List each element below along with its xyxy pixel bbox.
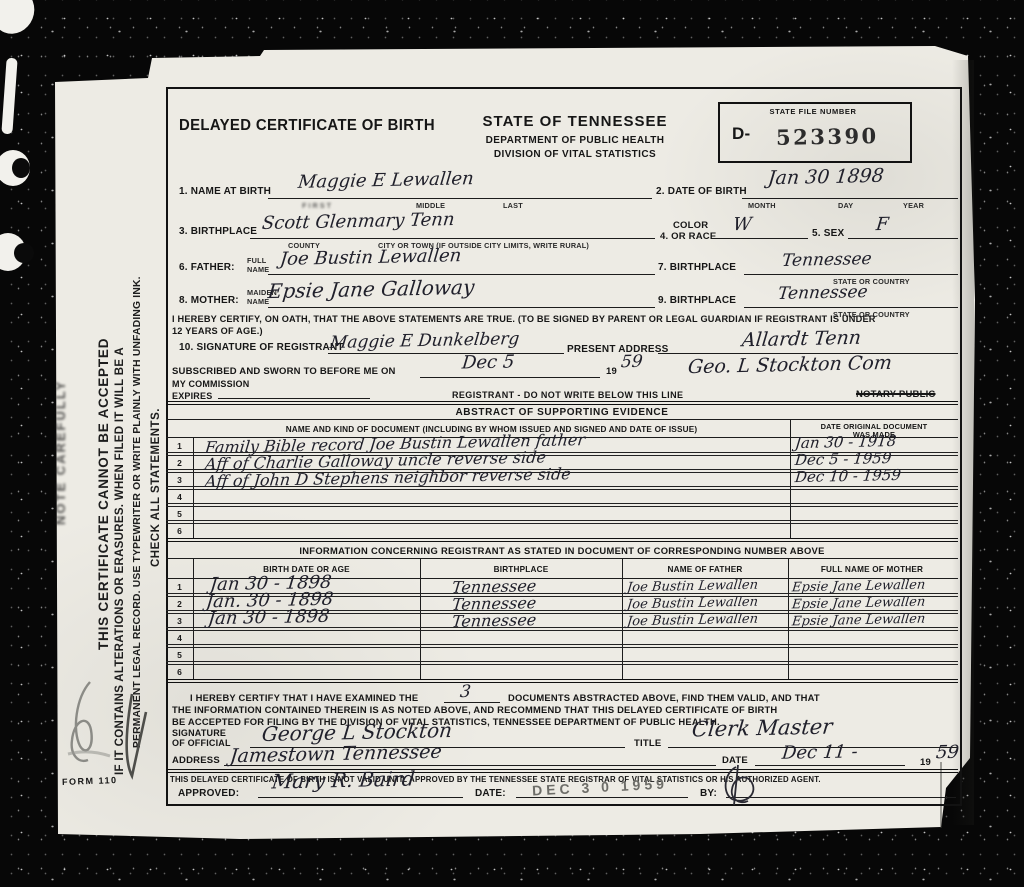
underline (712, 238, 808, 239)
table-line (166, 558, 958, 559)
father-sub-name: NAME (247, 265, 269, 274)
sworn-date-value: Dec 5 (461, 351, 515, 373)
scan-artifact (0, 0, 41, 40)
registrant-row-num: 4 (166, 633, 193, 643)
scan-artifact (14, 243, 34, 263)
underline (420, 377, 600, 378)
sub-label-year: YEAR (903, 201, 924, 210)
sworn-year-value: 59 (620, 352, 644, 373)
commission-label-2: EXPIRES (172, 391, 212, 401)
color-or-race-label: 4. OR RACE (660, 231, 716, 242)
file-number-value: 523390 (776, 123, 879, 150)
division-title: DIVISION OF VITAL STATISTICS (462, 149, 688, 160)
official-date-value: Dec 11 - (781, 741, 859, 764)
department-title: DEPARTMENT OF PUBLIC HEALTH (462, 135, 688, 146)
margin-stamp-note-carefully: NOTE CAREFULLY (53, 380, 68, 525)
official-signature-label-2: OF OFFICIAL (172, 738, 231, 748)
underline (258, 797, 463, 798)
registrant-father-value: Joe Bustin Lewallen (626, 578, 758, 596)
scanned-birth-certificate: NOTE CAREFULLY THIS CERTIFICATE CANNOT B… (0, 0, 1024, 887)
official-address-label: ADDRESS (172, 755, 220, 766)
registrant-row-num: 1 (166, 582, 193, 592)
father-sub-full: FULL (247, 256, 266, 265)
mother-birthplace-value: Tennessee (777, 282, 869, 304)
color-label-top: COLOR (673, 220, 708, 231)
official-signature-label-1: SIGNATURE (172, 728, 226, 738)
sworn-label: SUBSCRIBED AND SWORN TO BEFORE ME ON (172, 366, 396, 377)
col-birthplace-header: BIRTHPLACE (420, 565, 622, 574)
official-year-prefix: 19 (920, 757, 931, 768)
name-at-birth-value: Maggie E Lewallen (297, 168, 475, 193)
mother-name-value: Epsie Jane Galloway (267, 275, 476, 303)
sworn-year-prefix: 19 (606, 366, 617, 377)
certify-count-value: 3 (459, 682, 472, 702)
mother-label: 8. MOTHER: (179, 295, 239, 306)
notary-public-label: NOTARY PUBLIC (856, 389, 935, 400)
file-number-prefix: D- (732, 124, 750, 144)
col-mother-header: FULL NAME OF MOTHER (788, 565, 956, 574)
registrant-birth-value: Jan 30 - 1898 (207, 606, 331, 630)
evidence-section-title: ABSTRACT OF SUPPORTING EVIDENCE (166, 407, 958, 418)
pencil-scribble (58, 668, 168, 798)
sub-label-first: FIRST (302, 201, 333, 210)
registrant-father-value: Joe Bustin Lewallen (626, 595, 758, 613)
father-birthplace-value: Tennessee (781, 249, 873, 271)
certify-line2: THE INFORMATION CONTAINED THEREIN IS AS … (172, 704, 777, 715)
date-of-birth-label: 2. DATE OF BIRTH (656, 186, 747, 197)
form-title: DELAYED CERTIFICATE OF BIRTH (179, 117, 435, 135)
mother-birthplace-label: 9. BIRTHPLACE (658, 295, 736, 306)
state-file-number-label: STATE FILE NUMBER (718, 107, 908, 116)
section-divider (166, 679, 958, 683)
registrant-row-num: 6 (166, 667, 193, 677)
sub-label-day: DAY (838, 201, 853, 210)
registrant-mother-value: Epsie Jane Lewallen (791, 578, 926, 596)
underline (250, 238, 655, 239)
approval-date-label: DATE: (475, 788, 506, 799)
underline (218, 398, 370, 399)
certify-line1a: I HEREBY CERTIFY THAT I HAVE EXAMINED TH… (190, 692, 418, 703)
color-or-race-value: W (732, 214, 753, 235)
registrant-row-num: 2 (166, 599, 193, 609)
sub-label-last: LAST (503, 201, 523, 210)
registrant-info-title: INFORMATION CONCERNING REGISTRANT AS STA… (166, 545, 958, 556)
registrant-signature: Maggie E Dunkelberg (329, 329, 520, 353)
registrant-father-value: Joe Bustin Lewallen (626, 612, 758, 630)
present-address-value: Allardt Tenn (741, 327, 862, 352)
underline (744, 307, 958, 308)
registrant-mother-value: Epsie Jane Lewallen (791, 612, 926, 630)
approval-by-initials (714, 763, 766, 807)
sex-label: 5. SEX (812, 228, 844, 239)
do-not-write-label: REGISTRANT - DO NOT WRITE BELOW THIS LIN… (452, 390, 683, 400)
notary-signature: Geo. L Stockton Com (687, 352, 893, 378)
margin-instruction-line1: THIS CERTIFICATE CANNOT BE ACCEPTED (96, 338, 111, 650)
evidence-row-num: 3 (166, 475, 193, 485)
father-label: 6. FATHER: (179, 262, 235, 273)
official-year-value: 59 (935, 742, 960, 764)
scan-artifact (12, 158, 30, 178)
sub-label-month: MONTH (748, 201, 776, 210)
state-title: STATE OF TENNESSEE (462, 113, 688, 130)
underline (755, 765, 905, 766)
underline (744, 274, 958, 275)
father-birthplace-label: 7. BIRTHPLACE (658, 262, 736, 273)
evidence-date-value: Dec 10 - 1959 (794, 466, 902, 486)
birthplace-label: 3. BIRTHPLACE (179, 226, 257, 237)
registrant-mother-value: Epsie Jane Lewallen (791, 595, 926, 613)
underline (268, 198, 652, 199)
evidence-row-num: 1 (166, 441, 193, 451)
evidence-row-num: 4 (166, 492, 193, 502)
table-line (166, 419, 958, 420)
underline (328, 353, 564, 354)
signature-of-registrant-label: 10. SIGNATURE OF REGISTRANT (179, 342, 344, 353)
table-row-separator (166, 644, 958, 648)
approved-label: APPROVED: (178, 788, 239, 799)
title-value: Clerk Master (691, 715, 834, 742)
present-address-label: PRESENT ADDRESS (567, 344, 669, 355)
title-label: TITLE (634, 738, 661, 749)
underline (268, 307, 655, 308)
underline (742, 198, 958, 199)
margin-instruction-line4: CHECK ALL STATEMENTS. (150, 408, 162, 567)
name-at-birth-label: 1. NAME AT BIRTH (179, 186, 271, 197)
registrant-place-value: Tennessee (451, 610, 537, 631)
registrant-row-num: 5 (166, 650, 193, 660)
date-of-birth-value: Jan 30 1898 (767, 165, 885, 189)
sex-value: F (875, 214, 890, 235)
scan-artifact (1, 58, 17, 135)
table-row-separator (166, 520, 958, 524)
col-father-header: NAME OF FATHER (622, 565, 788, 574)
birthplace-value: Scott Glenmary Tenn (261, 209, 456, 234)
evidence-row-num: 5 (166, 509, 193, 519)
underline (848, 238, 958, 239)
table-row-separator (166, 661, 958, 665)
oath-text-line2: 12 YEARS OF AGE.) (172, 326, 263, 336)
commission-label-1: MY COMMISSION (172, 379, 249, 389)
table-row-separator (166, 503, 958, 507)
section-divider (166, 401, 958, 405)
official-address-value: Jamestown Tennessee (229, 741, 443, 767)
certify-line1b: DOCUMENTS ABSTRACTED ABOVE, FIND THEM VA… (508, 692, 820, 703)
oath-text-line1: I HEREBY CERTIFY, ON OATH, THAT THE ABOV… (172, 314, 876, 324)
evidence-row-num: 6 (166, 526, 193, 536)
registrant-row-num: 3 (166, 616, 193, 626)
approved-value: Mary R. Baird (271, 766, 416, 793)
evidence-row-num: 2 (166, 458, 193, 468)
section-divider (166, 538, 958, 542)
father-name-value: Joe Bustin Lewallen (279, 245, 462, 270)
